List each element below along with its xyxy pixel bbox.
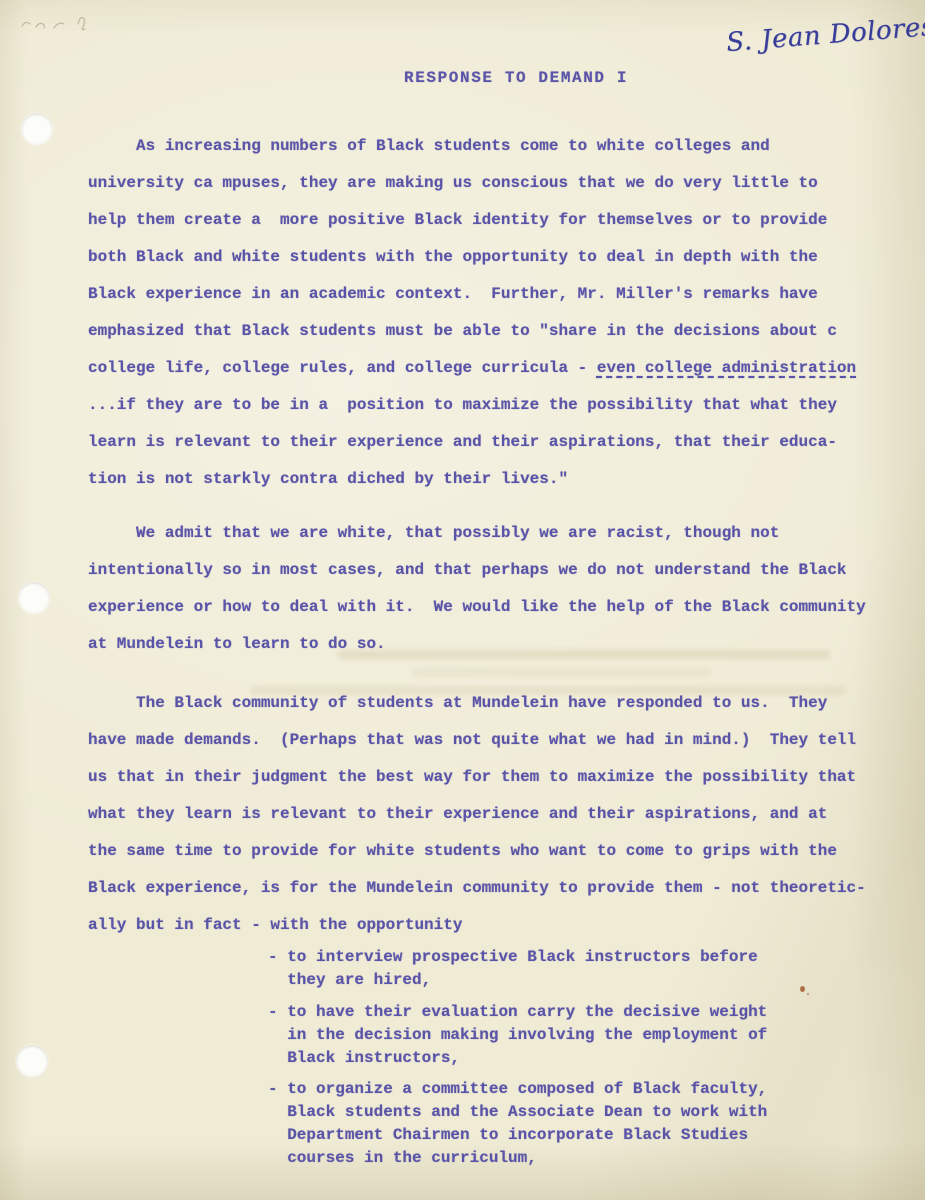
punch-hole-middle xyxy=(18,582,50,614)
underlined-phrase: even college administration xyxy=(597,359,856,377)
punch-hole-top xyxy=(21,113,53,145)
bullet-item-evaluation: - to have their evaluation carry the dec… xyxy=(268,1001,767,1070)
pencil-scribble xyxy=(16,10,106,38)
document-title: RESPONSE TO DEMAND I xyxy=(404,69,628,87)
document-page: S. Jean Dolores RESPONSE TO DEMAND I As … xyxy=(0,0,925,1200)
paragraph-1-text-start: As increasing numbers of Black students … xyxy=(88,137,837,377)
bullet-item-committee: - to organize a committee composed of Bl… xyxy=(268,1078,767,1170)
bullet-item-interview: - to interview prospective Black instruc… xyxy=(268,946,758,992)
paper-stain-speck xyxy=(800,986,805,992)
punch-hole-bottom xyxy=(16,1045,48,1077)
paragraph-1: As increasing numbers of Black students … xyxy=(88,128,856,498)
paper-stain-speck-small xyxy=(807,993,809,995)
paragraph-3: The Black community of students at Munde… xyxy=(88,685,866,944)
ghost-text-impression xyxy=(412,668,712,677)
paragraph-1-text-end: ...if they are to be in a position to ma… xyxy=(88,396,837,488)
handwritten-signature: S. Jean Dolores xyxy=(725,12,925,58)
paragraph-2: We admit that we are white, that possibl… xyxy=(88,515,866,663)
